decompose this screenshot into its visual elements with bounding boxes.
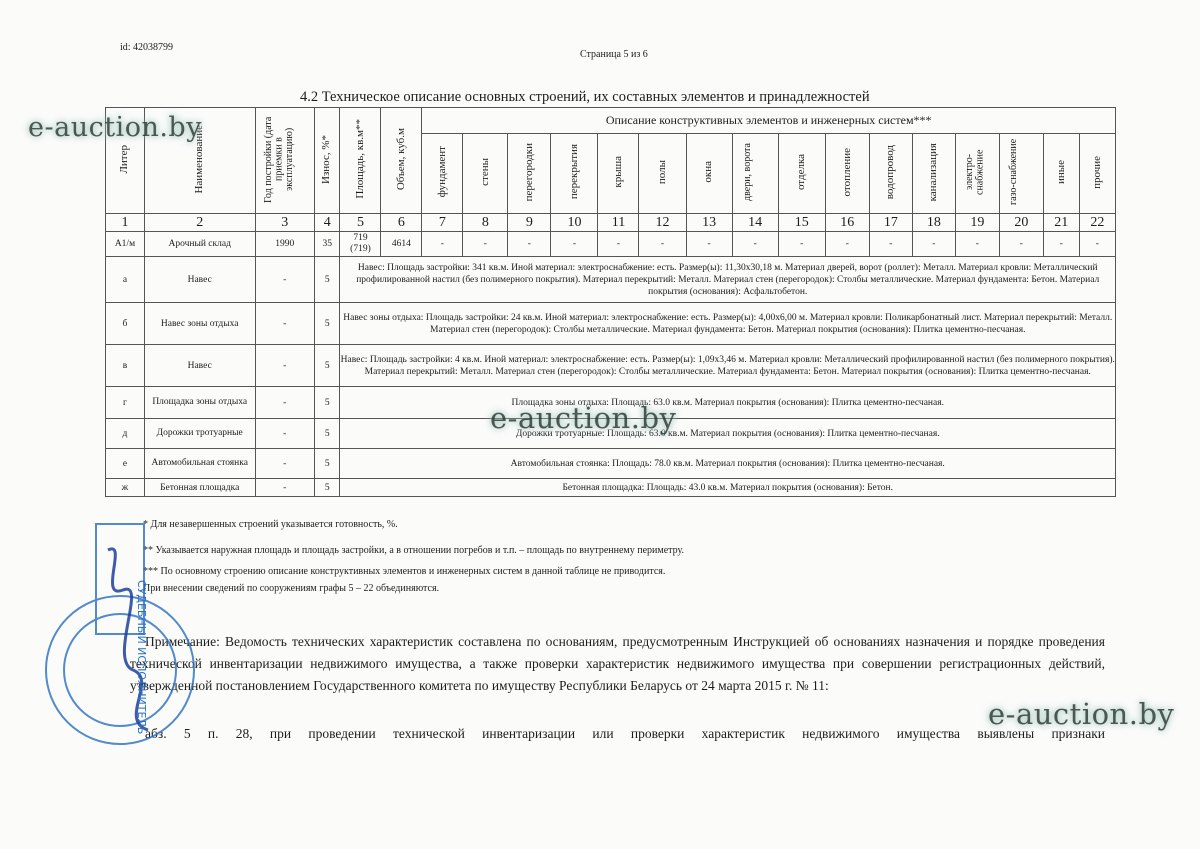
col-header-gas: газо-снабжение (999, 134, 1043, 214)
technical-description-table: Литер Наименование Год постройки (дата п… (105, 107, 1116, 497)
footnote-2: ** Указывается наружная площадь и площад… (143, 545, 684, 556)
footnote-3: *** По основному строению описание конст… (143, 566, 665, 577)
watermark-center: e-auction.by (490, 401, 676, 435)
official-stamp-icon: СУДЕБНЫЙ ИСПОЛНИТЕЛЬ (38, 520, 213, 750)
col-header-floors-ceiling: перекрытия (551, 134, 598, 214)
table-row: жБетонная площадка -5 Бетонная площадка:… (106, 479, 1116, 497)
col-header-year: Год постройки (дата приемки в эксплуатац… (255, 108, 314, 214)
section-title: 4.2 Техническое описание основных строен… (300, 89, 870, 106)
col-header-other: иные (1043, 134, 1079, 214)
table-row: еАвтомобильная стоянка -5 Автомобильная … (106, 449, 1116, 479)
document-id: id: 42038799 (120, 42, 173, 53)
table-row: бНавес зоны отдыха -5 Навес зоны отдыха:… (106, 303, 1116, 345)
col-header-windows: окна (686, 134, 732, 214)
watermark-bottom-right: e-auction.by (988, 697, 1174, 731)
page-number: Страница 5 из 6 (580, 49, 648, 60)
col-header-sewage: канализация (912, 134, 955, 214)
col-header-heating: отопление (825, 134, 869, 214)
table-row: вНавес -5 Навес: Площадь застройки: 4 кв… (106, 345, 1116, 387)
table-row: аНавес -5 Навес: Площадь застройки: 341 … (106, 257, 1116, 303)
col-header-finishing: отделка (778, 134, 825, 214)
col-header-roof: крыша (598, 134, 639, 214)
col-header-water: водопровод (869, 134, 912, 214)
col-header-misc: прочие (1079, 134, 1115, 214)
col-header-wear: Износ, %* (314, 108, 340, 214)
col-header-foundation: фундамент (422, 134, 463, 214)
col-header-volume: Объем, куб.м (381, 108, 422, 214)
col-header-partitions: перегородки (508, 134, 551, 214)
col-header-floors: полы (639, 134, 686, 214)
col-header-doors: двери, ворота (732, 134, 778, 214)
note-paragraph-1: Примечание: Ведомость технических характ… (130, 631, 1105, 697)
col-header-walls: стены (463, 134, 508, 214)
table-row-main-building: А1/м Арочный склад 1990 35 719(719) 4614… (106, 232, 1116, 257)
col-group-header: Описание конструктивных элементов и инже… (422, 108, 1116, 134)
column-numbers-row: 123 456 789 101112 131415 161718 192021 … (106, 214, 1116, 232)
svg-text:СУДЕБНЫЙ ИСПОЛНИТЕЛЬ: СУДЕБНЫЙ ИСПОЛНИТЕЛЬ (135, 580, 148, 734)
col-header-area: Площадь, кв.м** (340, 108, 381, 214)
col-header-electricity: электро-снабжение (955, 134, 999, 214)
watermark-top-left: e-auction.by (28, 112, 202, 143)
note-paragraph-2: абз. 5 п. 28, при проведении технической… (130, 723, 1105, 745)
